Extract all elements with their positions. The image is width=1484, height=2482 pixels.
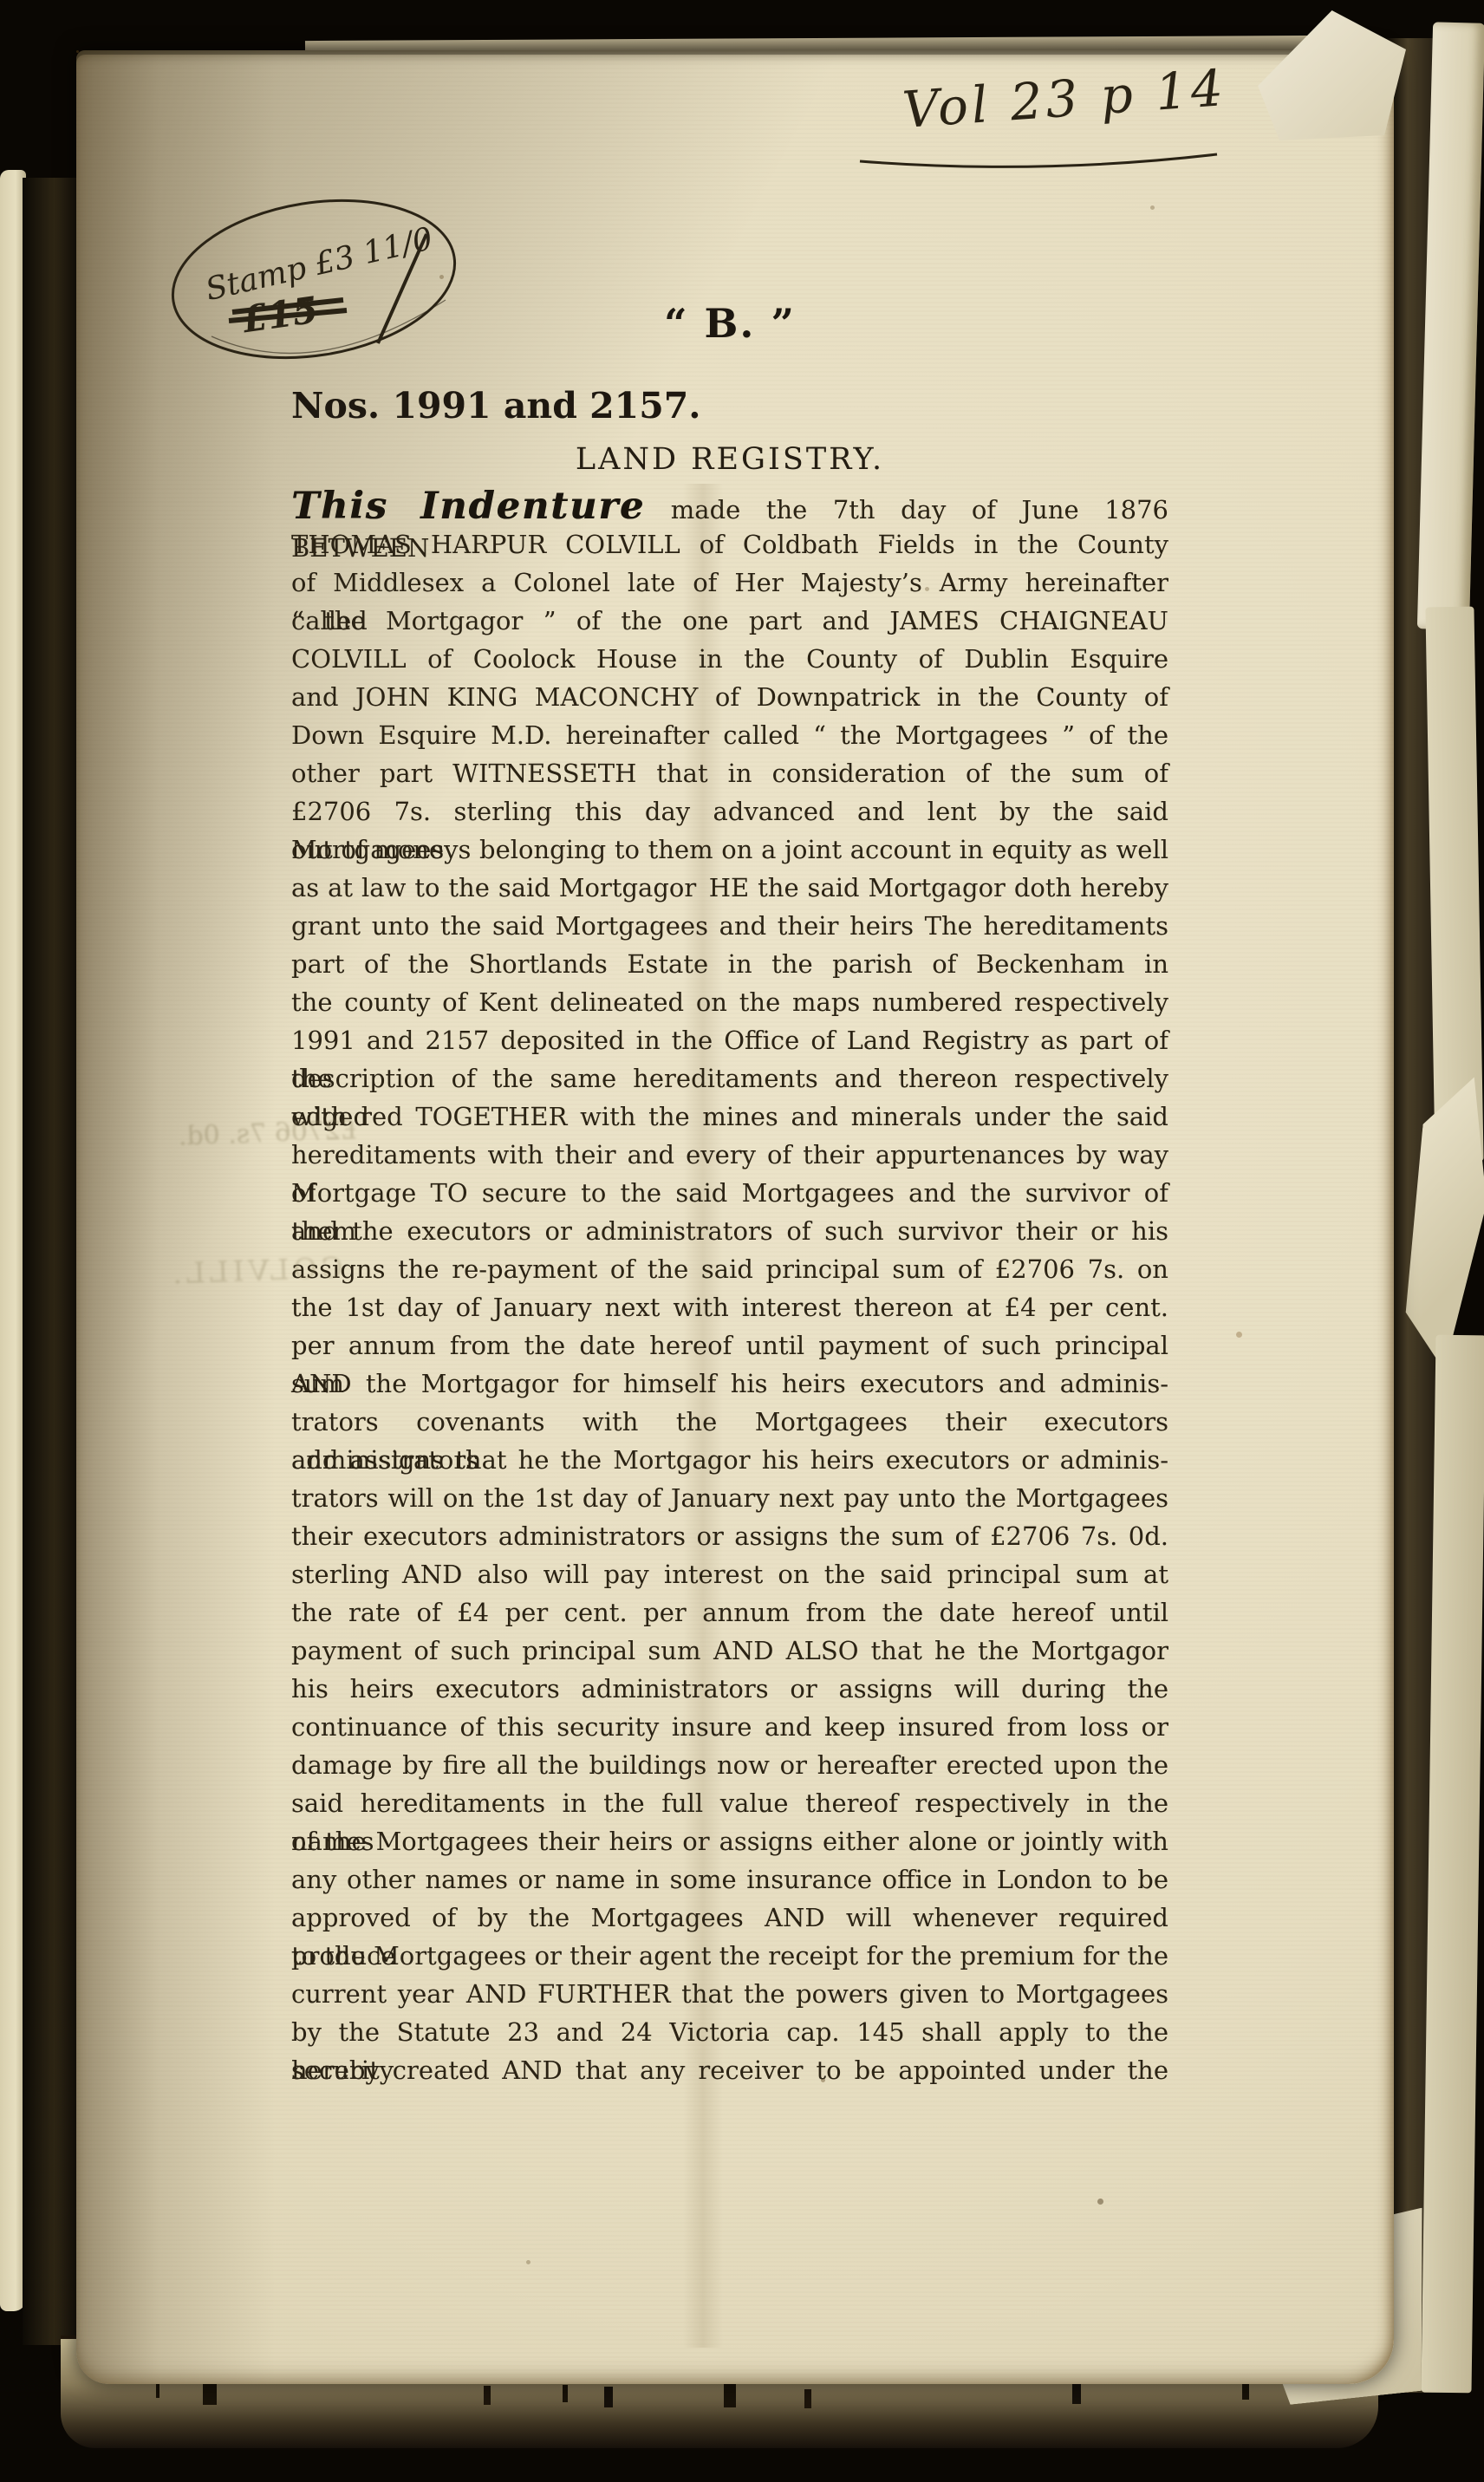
letterpress-text-block: “ B. ” Nos. 1991 and 2157. LAND REGISTRY… <box>291 50 1168 2384</box>
deed-body-line: continuance of this security insure and … <box>291 1708 1168 1746</box>
deed-body-line: of the Mortgagees their heirs or assigns… <box>291 1822 1168 1860</box>
case-numbers: Nos. 1991 and 2157. <box>291 385 701 427</box>
deed-body-line: Mortgage TO secure to the said Mortgagee… <box>291 1174 1168 1212</box>
deed-body-line: damage by fire all the buildings now or … <box>291 1746 1168 1784</box>
deed-body-line: hereditaments with their and every of th… <box>291 1136 1168 1174</box>
deed-body-line: the county of Kent delineated on the map… <box>291 983 1168 1021</box>
deed-body-line: hereby created AND that any receiver to … <box>291 2051 1168 2089</box>
deed-body-line: COLVILL of Coolock House in the County o… <box>291 640 1168 678</box>
deed-body-line: 1991 and 2157 deposited in the Office of… <box>291 1021 1168 1059</box>
deed-body-line: THOMAS HARPUR COLVILL of Coldbath Fields… <box>291 525 1168 563</box>
deed-body-line: and JOHN KING MACONCHY of Downpatrick in… <box>291 678 1168 716</box>
deed-body-line: Down Esquire M.D. hereinafter called “ t… <box>291 716 1168 754</box>
scanned-deed-photo: Vol 23 p 14 Stamp £3 11/0 £15 “ B. ” Nos… <box>0 0 1484 2482</box>
deed-body: This Indenture made the 7th day of June … <box>291 487 1168 2089</box>
deed-body-line: “ the Mortgagor ” of the one part and JA… <box>291 602 1168 640</box>
deed-body-line: AND the Mortgagor for himself his heirs … <box>291 1365 1168 1403</box>
deed-body-line: their executors administrators or assign… <box>291 1517 1168 1555</box>
deed-body-line: said hereditaments in the full value the… <box>291 1784 1168 1822</box>
deed-body-line: description of the same hereditaments an… <box>291 1059 1168 1098</box>
deed-body-line: with red TOGETHER with the mines and min… <box>291 1098 1168 1136</box>
deed-body-line: trators will on the 1st day of January n… <box>291 1479 1168 1517</box>
deed-body-line: £2706 7s. sterling this day advanced and… <box>291 792 1168 831</box>
deed-body-line: to the Mortgagees or their agent the rec… <box>291 1937 1168 1975</box>
deed-body-line: part of the Shortlands Estate in the par… <box>291 945 1168 983</box>
deed-body-line: by the Statute 23 and 24 Victoria cap. 1… <box>291 2013 1168 2051</box>
page-stack-edge <box>1425 607 1483 1163</box>
deed-body-first-line: This Indenture made the 7th day of June … <box>291 487 1168 525</box>
bent-corner-flap <box>1252 10 1406 140</box>
deed-body-line: per annum from the date hereof until pay… <box>291 1326 1168 1365</box>
bleedthrough-text-name: COLVILL. <box>155 1250 355 1291</box>
paper-specks <box>76 50 79 53</box>
deed-body-line: the rate of £4 per cent. per annum from … <box>291 1593 1168 1632</box>
deed-body-lines: THOMAS HARPUR COLVILL of Coldbath Fields… <box>291 525 1168 2089</box>
deed-body-line: assigns the re-payment of the said princ… <box>291 1250 1168 1288</box>
deed-body-line: and the executors or administrators of s… <box>291 1212 1168 1250</box>
registry-heading: LAND REGISTRY. <box>291 442 1168 477</box>
deed-body-line: any other names or name in some insuranc… <box>291 1860 1168 1899</box>
exhibit-label: “ B. ” <box>291 300 1168 347</box>
deed-opening-words: This Indenture <box>291 485 645 528</box>
deed-body-line: other part WITNESSETH that in considerat… <box>291 754 1168 792</box>
deed-body-line: sterling AND also will pay interest on t… <box>291 1555 1168 1593</box>
deed-body-line: his heirs executors administrators or as… <box>291 1670 1168 1708</box>
deed-body-line: as at law to the said Mortgagor HE the s… <box>291 869 1168 907</box>
deed-body-line: trators covenants with the Mortgagees th… <box>291 1403 1168 1441</box>
deed-body-line: out of moneys belonging to them on a joi… <box>291 831 1168 869</box>
page-edge-marks <box>156 2382 159 2398</box>
deed-body-line: current year AND FURTHER that the powers… <box>291 1975 1168 2013</box>
deed-body-line: the 1st day of January next with interes… <box>291 1288 1168 1326</box>
binding-gutter-shadow <box>23 178 80 2345</box>
deed-page: Vol 23 p 14 Stamp £3 11/0 £15 “ B. ” Nos… <box>76 50 1394 2384</box>
deed-body-line: approved of by the Mortgagees AND will w… <box>291 1899 1168 1937</box>
deed-body-line: grant unto the said Mortgagees and their… <box>291 907 1168 945</box>
deed-body-line: of Middlesex a Colonel late of Her Majes… <box>291 563 1168 602</box>
deed-body-line: payment of such principal sum AND ALSO t… <box>291 1632 1168 1670</box>
deed-body-line: and assigns that he the Mortgagor his he… <box>291 1441 1168 1479</box>
